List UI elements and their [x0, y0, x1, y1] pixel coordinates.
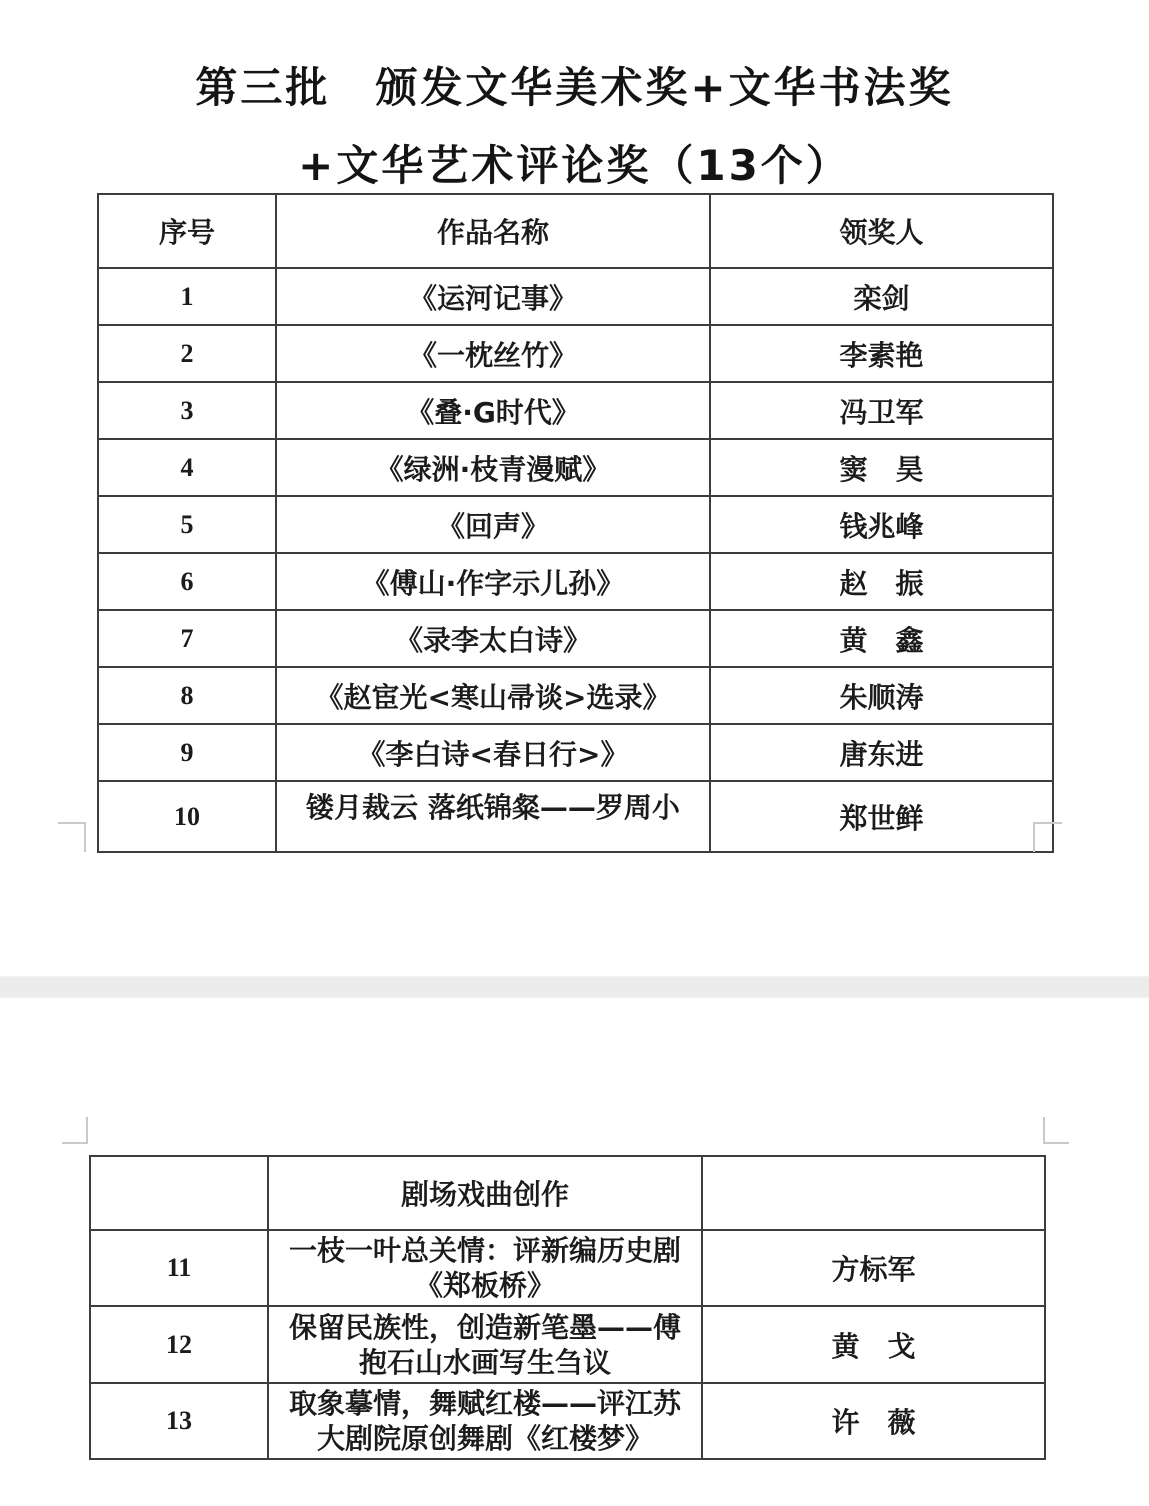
cell-work: 《绿洲·枝青漫赋》 [276, 439, 710, 496]
awards-table-page2: 剧场戏曲创作 11 一枝一叶总关情：评新编历史剧《郑板桥》 方标军 12 保留民… [89, 1155, 1046, 1460]
cell-work: 《录李太白诗》 [276, 610, 710, 667]
page2-margin-corner-right-icon [1043, 1117, 1069, 1144]
cell-name: 栾剑 [710, 268, 1053, 325]
page-title-line-1: 第三批 颁发文华美术奖+文华书法奖 [0, 55, 1149, 115]
cell-no: 3 [98, 382, 276, 439]
cell-name: 郑世鲜 [710, 781, 1053, 852]
table-row: 7 《录李太白诗》 黄 鑫 [98, 610, 1053, 667]
cell-name: 朱顺涛 [710, 667, 1053, 724]
cell-name: 方标军 [702, 1230, 1045, 1306]
cell-no: 8 [98, 667, 276, 724]
col-header-no: 序号 [98, 194, 276, 268]
cell-no: 5 [98, 496, 276, 553]
cell-name: 黄 戈 [702, 1306, 1045, 1383]
cell-no: 12 [90, 1306, 268, 1383]
cell-no: 6 [98, 553, 276, 610]
cell-work: 《赵宦光<寒山帚谈>选录》 [276, 667, 710, 724]
col-header-work: 作品名称 [276, 194, 710, 268]
cell-no: 1 [98, 268, 276, 325]
cell-no: 11 [90, 1230, 268, 1306]
page-break-band [0, 976, 1149, 998]
table-row: 4 《绿洲·枝青漫赋》 窦 昊 [98, 439, 1053, 496]
cell-work: 《李白诗<春日行>》 [276, 724, 710, 781]
section-header-label: 剧场戏曲创作 [268, 1156, 702, 1230]
cell-work: 镂月裁云 落纸锦粲——罗周小 [276, 781, 710, 852]
cell-work: 《运河记事》 [276, 268, 710, 325]
cell-no: 10 [98, 781, 276, 852]
cell-work: 取象摹情，舞赋红楼——评江苏大剧院原创舞剧《红楼梦》 [268, 1383, 702, 1459]
page1-margin-corner-right-icon [1033, 822, 1062, 852]
cell-name: 黄 鑫 [710, 610, 1053, 667]
table-row: 10 镂月裁云 落纸锦粲——罗周小 郑世鲜 [98, 781, 1053, 852]
cell-name: 赵 振 [710, 553, 1053, 610]
table-row: 2 《一枕丝竹》 李素艳 [98, 325, 1053, 382]
cell-name: 李素艳 [710, 325, 1053, 382]
table-row: 9 《李白诗<春日行>》 唐东进 [98, 724, 1053, 781]
cell-work: 保留民族性，创造新笔墨——傅抱石山水画写生刍议 [268, 1306, 702, 1383]
table-row: 6 《傅山·作字示儿孙》 赵 振 [98, 553, 1053, 610]
table-row: 12 保留民族性，创造新笔墨——傅抱石山水画写生刍议 黄 戈 [90, 1306, 1045, 1383]
page-title-line-2: +文华艺术评论奖（13个） [0, 133, 1149, 193]
col-header-name: 领奖人 [710, 194, 1053, 268]
table-row: 5 《回声》 钱兆峰 [98, 496, 1053, 553]
cell-name: 许 薇 [702, 1383, 1045, 1459]
table-row: 3 《叠·G时代》 冯卫军 [98, 382, 1053, 439]
cell-no: 7 [98, 610, 276, 667]
cell-work: 《傅山·作字示儿孙》 [276, 553, 710, 610]
section-header-row: 剧场戏曲创作 [90, 1156, 1045, 1230]
cell-no: 9 [98, 724, 276, 781]
cell-name: 钱兆峰 [710, 496, 1053, 553]
table-row: 13 取象摹情，舞赋红楼——评江苏大剧院原创舞剧《红楼梦》 许 薇 [90, 1383, 1045, 1459]
header-row: 序号 作品名称 领奖人 [98, 194, 1053, 268]
cell-no: 4 [98, 439, 276, 496]
cell-work: 一枝一叶总关情：评新编历史剧《郑板桥》 [268, 1230, 702, 1306]
page2-margin-corner-left-icon [62, 1117, 88, 1144]
cell-name: 冯卫军 [710, 382, 1053, 439]
section-header-empty-right [702, 1156, 1045, 1230]
table-row: 1 《运河记事》 栾剑 [98, 268, 1053, 325]
table-row: 8 《赵宦光<寒山帚谈>选录》 朱顺涛 [98, 667, 1053, 724]
awards-table-page1: 序号 作品名称 领奖人 1 《运河记事》 栾剑 2 《一枕丝竹》 李素艳 3 《… [97, 193, 1054, 853]
table-row: 11 一枝一叶总关情：评新编历史剧《郑板桥》 方标军 [90, 1230, 1045, 1306]
cell-no: 13 [90, 1383, 268, 1459]
cell-name: 窦 昊 [710, 439, 1053, 496]
page1-margin-corner-left-icon [58, 822, 86, 852]
section-header-empty-left [90, 1156, 268, 1230]
cell-work: 《一枕丝竹》 [276, 325, 710, 382]
cell-no: 2 [98, 325, 276, 382]
cell-work: 《回声》 [276, 496, 710, 553]
cell-work: 《叠·G时代》 [276, 382, 710, 439]
cell-name: 唐东进 [710, 724, 1053, 781]
